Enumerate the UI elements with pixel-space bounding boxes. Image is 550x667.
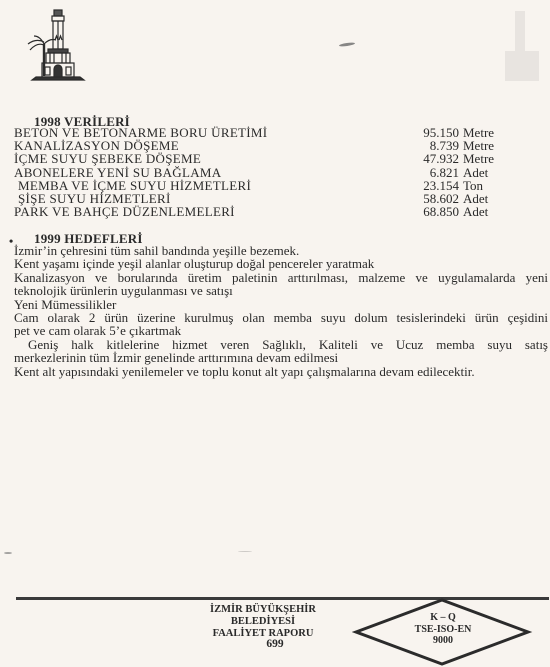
scan-mark [4,552,12,554]
goal-line: Kanalizasyon ve borularında üretim palet… [14,271,548,284]
stats-table-1998: BETON VE BETONARME BORU ÜRETİMİ 95.150Me… [14,126,514,218]
stat-label: PARK VE BAHÇE DÜZENLEMELERİ [14,205,235,218]
certification-label: K – Q TSE-ISO-EN 9000 [398,612,488,647]
goal-line: İzmir’in çehresini tüm sahil bandında ye… [14,244,548,257]
footer-organization: İZMİR BÜYÜKŞEHİR BELEDİYESİ FAALİYET RAP… [183,604,343,640]
cert-line: TSE-ISO-EN [398,624,488,636]
stat-label: İÇME SUYU ŞEBEKE DÖŞEME [14,152,201,165]
goals-list-1999: İzmir’in çehresini tüm sahil bandında ye… [14,244,548,378]
stat-value: 23.154Ton [395,179,515,192]
stat-value: 47.932Metre [395,152,515,165]
goal-line: teknolojik ürünlerin uygulanması ve satı… [14,284,548,297]
stat-row: PARK VE BAHÇE DÜZENLEMELERİ 68.850Adet [14,205,514,218]
stat-value: 6.821Adet [395,166,515,179]
stat-row: MEMBA VE İÇME SUYU HİZMETLERİ 23.154Ton [14,179,514,192]
stat-label: BETON VE BETONARME BORU ÜRETİMİ [14,126,267,139]
stat-label: KANALİZASYON DÖŞEME [14,139,179,152]
goal-line: Geniş halk kitlelerine hizmet veren Sağl… [14,338,548,351]
izmir-clock-tower-icon [20,4,96,84]
stat-label: MEMBA VE İÇME SUYU HİZMETLERİ [18,179,251,192]
footer-org-name: İZMİR BÜYÜKŞEHİR BELEDİYESİ [183,604,343,628]
stat-row: İÇME SUYU ŞEBEKE DÖŞEME 47.932Metre [14,152,514,165]
stat-value: 95.150Metre [395,126,515,139]
stat-value: 68.850Adet [395,205,515,218]
stat-label: ŞİŞE SUYU HİZMETLERİ [18,192,171,205]
goal-line: merkezlerinin tüm İzmir genelinde arttır… [14,351,548,364]
goal-line: Cam olarak 2 ürün üzerine kurulmuş olan … [14,311,548,324]
bullet-icon: • [9,234,13,249]
cert-line: 9000 [398,635,488,647]
stat-value: 58.602Adet [395,192,515,205]
stat-value: 8.739Metre [395,139,515,152]
goal-line: Yeni Mümessilikler [14,298,548,311]
goal-line: Kent alt yapısındaki yenilemeler ve topl… [14,365,548,378]
goal-line: Kent yaşamı içinde yeşil alanlar oluştur… [14,257,548,270]
page-number: 699 [255,638,295,650]
stat-label: ABONELERE YENİ SU BAĞLAMA [14,166,221,179]
scan-mark [238,551,252,552]
faded-tower-watermark [495,5,550,85]
cert-line: K – Q [398,612,488,624]
goal-line: pet ve cam olarak 5’e çıkartmak [14,324,548,337]
scan-mark [339,42,355,47]
stat-row: ABONELERE YENİ SU BAĞLAMA 6.821Adet [14,166,514,179]
